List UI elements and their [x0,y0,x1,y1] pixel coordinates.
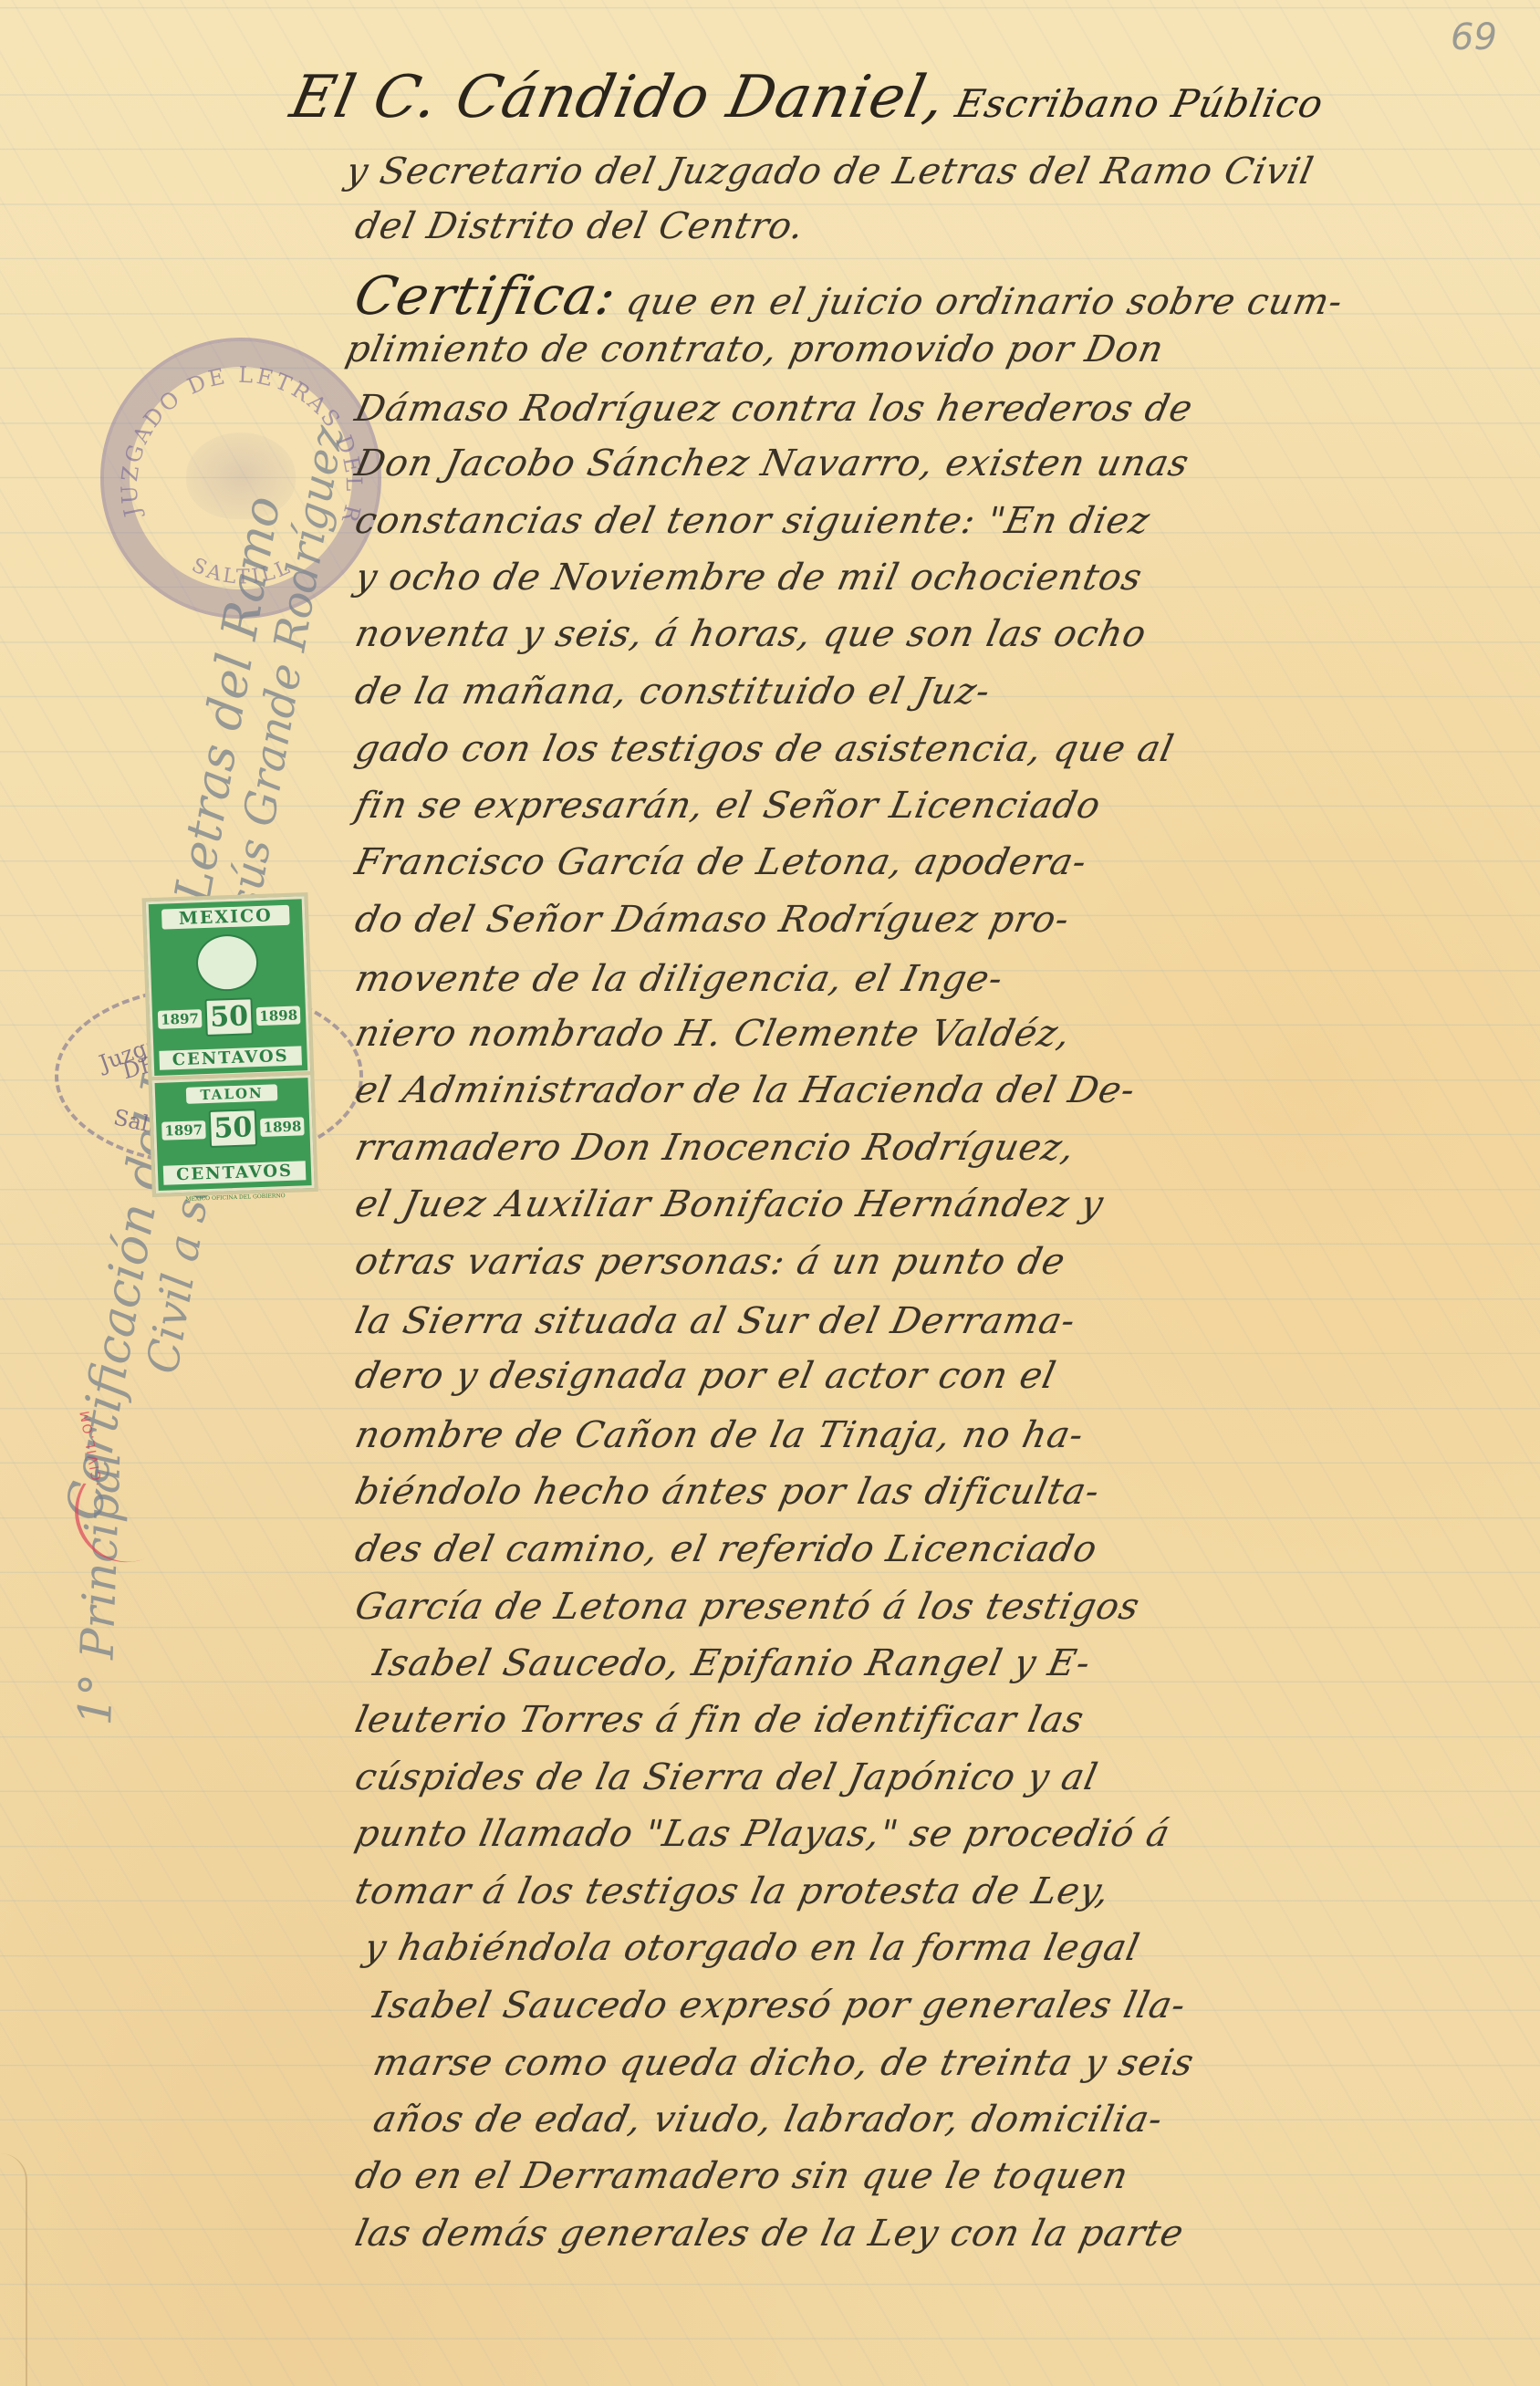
line-text: García de Letona presentó á los testigos [351,1586,1143,1628]
text-line: nombre de Cañon de la Tinaja, no ha- [351,1414,1087,1456]
stamp-denomination: CENTAVOS [159,1046,302,1069]
line-text: des del camino, el referido Licenciado [351,1528,1101,1570]
stamp-years: 1897 50 1898 [161,1107,305,1149]
line-text: otras varias personas: á un punto de [351,1241,1069,1283]
line-text: del Distrito del Centro. [351,205,808,247]
certifica-heading: Certifica: [349,265,622,327]
coat-of-arms-icon [195,933,259,992]
text-line: de la mañana, constituido el Juz- [351,671,994,713]
text-line: el Administrador de la Hacienda del De- [351,1069,1139,1111]
line-text: dero y designada por el actor con el [351,1355,1060,1397]
line-text: leuterio Torres á fin de identificar las [351,1699,1087,1741]
stamp-year-right: 1898 [260,1117,304,1137]
line-text: biéndolo hecho ántes por las dificulta- [351,1471,1104,1513]
text-line: fin se expresarán, el Señor Licenciado [351,785,1105,827]
line-text: niero nombrado H. Clemente Valdéz, [351,1013,1075,1055]
text-line: des del camino, el referido Licenciado [351,1528,1101,1570]
line-text: Isabel Saucedo expresó por generales lla… [369,1985,1190,2027]
text-line: Certifica: que en el juicio ordinario so… [349,265,1350,327]
text-line: do del Señor Dámaso Rodríguez pro- [351,899,1074,941]
text-line: Isabel Saucedo expresó por generales lla… [369,1985,1190,2027]
line-text: constancias del tenor siguiente: "En die… [351,500,1154,542]
stamp-year-left: 1897 [161,1120,205,1141]
line-text: gado con los testigos de asistencia, que… [351,728,1178,770]
text-line: cúspides de la Sierra del Japónico y al [351,1756,1101,1798]
text-line: constancias del tenor siguiente: "En die… [351,500,1154,542]
line-text: punto llamado "Las Playas," se procedió … [351,1813,1174,1855]
text-line: Francisco García de Letona, apodera- [351,841,1091,883]
stamp-years: 1897 50 1898 [157,995,300,1037]
stamp-year-right: 1898 [256,1005,300,1026]
text-line: Don Jacobo Sánchez Navarro, existen unas [351,443,1193,484]
revenue-stamp-top: MEXICO 1897 50 1898 CENTAVOS [146,896,311,1078]
line-text: do del Señor Dámaso Rodríguez pro- [351,899,1074,941]
text-line: años de edad, viudo, labrador, domicilia… [369,2099,1167,2141]
line-text: fin se expresarán, el Señor Licenciado [351,785,1105,827]
line-text: Francisco García de Letona, apodera- [351,841,1091,883]
line-text: de la mañana, constituido el Juz- [351,671,994,713]
text-line: leuterio Torres á fin de identificar las [351,1699,1087,1741]
line-text: y habiéndola otorgado en la forma legal [360,1927,1144,1969]
stamp-denomination: CENTAVOS [163,1161,307,1184]
stamp-value: 50 [205,997,254,1037]
text-line: rramadero Don Inocencio Rodríguez, [351,1127,1078,1169]
stamp-year-left: 1897 [158,1009,202,1029]
line-text: el Administrador de la Hacienda del De- [351,1069,1139,1111]
text-line: El C. Cándido Daniel, Escribano Público [285,64,1331,131]
text-line: las demás generales de la Ley con la par… [351,2213,1188,2255]
line-text: el Juez Auxiliar Bonifacio Hernández y [351,1183,1108,1225]
text-line: Isabel Saucedo, Epifanio Rangel y E- [369,1642,1095,1684]
text-line: niero nombrado H. Clemente Valdéz, [351,1013,1075,1055]
line-text: Don Jacobo Sánchez Navarro, existen unas [351,443,1193,484]
line-text: que en el juicio ordinario sobre cum- [610,281,1347,323]
line-text: Escribano Público [939,81,1327,126]
text-line: noventa y seis, á horas, que son las och… [351,613,1150,655]
text-line: García de Letona presentó á los testigos [351,1586,1143,1628]
revenue-stamps: MEXICO 1897 50 1898 CENTAVOS TALON 1897 … [146,896,320,1184]
text-line: marse como queda dicho, de treinta y sei… [369,2042,1198,2084]
revenue-stamp-talon: TALON 1897 50 1898 CENTAVOS MEXICO OFICI… [151,1075,314,1193]
line-text: plimiento de contrato, promovido por Don [342,328,1168,370]
text-line: movente de la diligencia, el Inge- [351,958,1007,1000]
line-text: la Sierra situada al Sur del Derrama- [351,1300,1079,1342]
line-text: do en el Derramadero sin que le toquen [351,2155,1132,2197]
line-text: movente de la diligencia, el Inge- [351,958,1007,1000]
stamp-value: 50 [209,1109,257,1148]
line-text: y ocho de Noviembre de mil ochocientos [351,557,1146,599]
text-line: del Distrito del Centro. [351,205,808,247]
text-line: y Secretario del Juzgado de Letras del R… [342,151,1317,193]
text-line: la Sierra situada al Sur del Derrama- [351,1300,1079,1342]
stamp-talon-label: TALON [186,1084,278,1103]
line-text: las demás generales de la Ley con la par… [351,2213,1188,2255]
page-number: 69 [1451,16,1497,58]
paper-fold-edge [0,2153,27,2386]
text-line: dero y designada por el actor con el [351,1355,1060,1397]
text-line: tomar á los testigos la protesta de Ley, [351,1870,1114,1912]
line-text: Dámaso Rodríguez contra los herederos de [351,388,1197,430]
line-text: noventa y seis, á horas, que son las och… [351,613,1150,655]
line-text: marse como queda dicho, de treinta y sei… [369,2042,1198,2084]
line-text: nombre de Cañon de la Tinaja, no ha- [351,1414,1087,1456]
text-line: Dámaso Rodríguez contra los herederos de [351,388,1197,430]
text-line: y habiéndola otorgado en la forma legal [360,1927,1144,1969]
line-text: Isabel Saucedo, Epifanio Rangel y E- [369,1642,1095,1684]
document-page: 69 JUZGADO DE LETRAS DEL RAMO CIVIL SALT… [0,0,1540,2386]
text-line: otras varias personas: á un punto de [351,1241,1069,1283]
text-line: el Juez Auxiliar Bonifacio Hernández y [351,1183,1108,1225]
line-text: tomar á los testigos la protesta de Ley, [351,1870,1114,1912]
text-line: plimiento de contrato, promovido por Don [342,328,1168,370]
line-text: años de edad, viudo, labrador, domicilia… [369,2099,1167,2141]
text-line: do en el Derramadero sin que le toquen [351,2155,1132,2197]
text-line: punto llamado "Las Playas," se procedió … [351,1813,1174,1855]
line-text: rramadero Don Inocencio Rodríguez, [351,1127,1078,1169]
text-line: biéndolo hecho ántes por las dificulta- [351,1471,1104,1513]
text-line: y ocho de Noviembre de mil ochocientos [351,557,1146,599]
stamp-country: MEXICO [161,905,290,930]
text-line: gado con los testigos de asistencia, que… [351,728,1178,770]
certifier-name: El C. Cándido Daniel, [285,64,952,131]
line-text: y Secretario del Juzgado de Letras del R… [342,151,1317,193]
line-text: cúspides de la Sierra del Japónico y al [351,1756,1101,1798]
